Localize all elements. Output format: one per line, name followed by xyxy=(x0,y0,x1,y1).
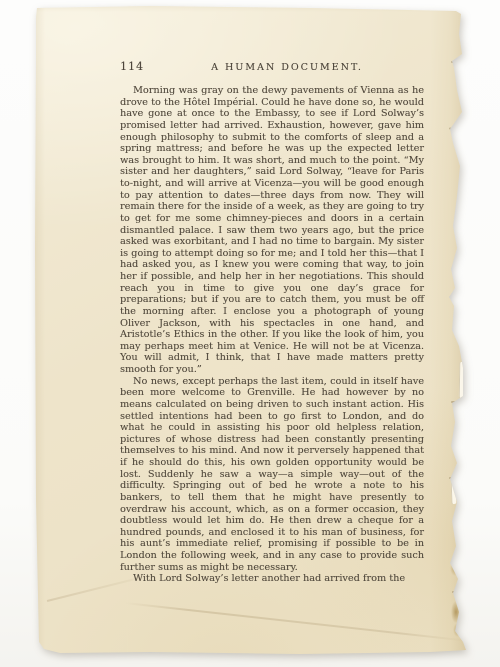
edge-nick xyxy=(451,401,459,403)
scanned-book-photo: 114 A HUMAN DOCUMENT. Morning was gray o… xyxy=(0,0,500,667)
stain-spot xyxy=(453,623,462,637)
book-page: 114 A HUMAN DOCUMENT. Morning was gray o… xyxy=(0,0,500,667)
running-header: A HUMAN DOCUMENT. xyxy=(150,62,424,73)
body-text: Morning was gray on the dewy pavements o… xyxy=(120,85,424,585)
paragraph: Morning was gray on the dewy pavements o… xyxy=(120,85,424,376)
stain-spot xyxy=(450,561,460,576)
edge-nick xyxy=(452,591,459,593)
edge-nick xyxy=(451,61,459,63)
stain-spot xyxy=(451,601,461,623)
top-edge-shading xyxy=(0,4,500,12)
torn-fiber xyxy=(459,362,465,398)
page-header-row: 114 A HUMAN DOCUMENT. xyxy=(120,60,424,74)
paragraph: With Lord Solway’s letter another had ar… xyxy=(120,573,424,585)
page-shadow: 114 A HUMAN DOCUMENT. Morning was gray o… xyxy=(0,0,500,667)
edge-nick xyxy=(449,127,458,130)
torn-edge xyxy=(430,0,467,667)
edge-nick xyxy=(449,477,456,479)
paragraph: No news, except perhaps the last item, c… xyxy=(120,376,424,574)
page-number: 114 xyxy=(120,60,144,73)
torn-fiber xyxy=(451,479,457,504)
torn-fiber xyxy=(456,294,462,314)
left-edge-shading xyxy=(33,0,45,667)
crease xyxy=(125,602,468,642)
